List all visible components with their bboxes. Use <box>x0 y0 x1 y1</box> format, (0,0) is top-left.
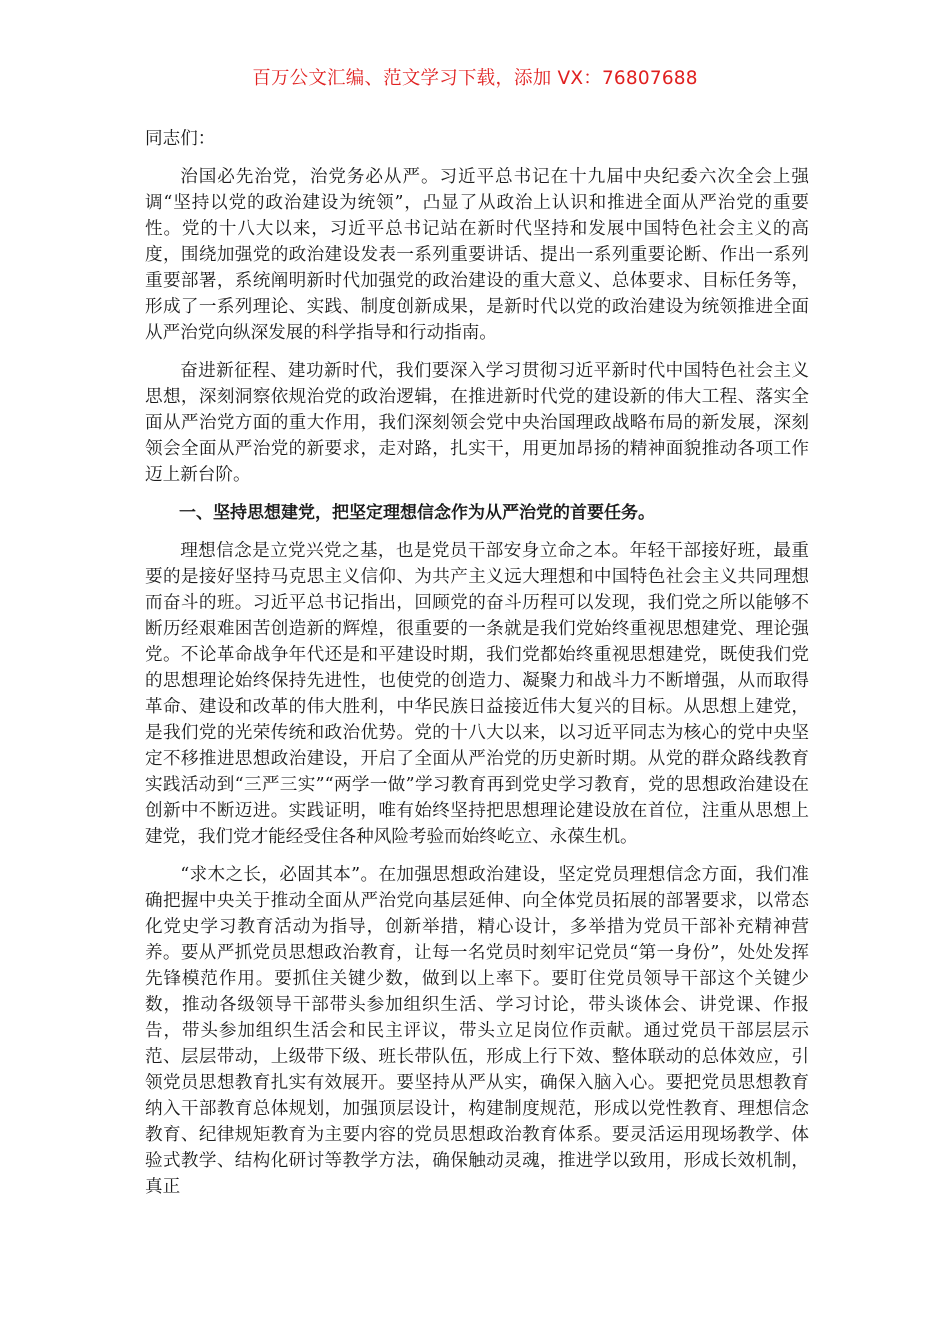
document-page: 百万公文汇编、范文学习下载，添加 VX：76807688 同志们： 治国必先治党… <box>0 0 950 1344</box>
section-heading: 一、坚持思想建党，把坚定理想信念作为从严治党的首要任务。 <box>145 500 809 526</box>
paragraph-section-1: 理想信念是立党兴党之基，也是党员干部安身立命之本。年轻干部接好班，最重要的是接好… <box>145 538 809 850</box>
paragraph-intro-2: 奋进新征程、建功新时代，我们要深入学习贯彻习近平新时代中国特色社会主义思想，深刻… <box>145 358 809 488</box>
salutation: 同志们： <box>145 126 809 152</box>
document-body: 同志们： 治国必先治党，治党务必从严。习近平总书记在十九届中央纪委六次全会上强调… <box>145 126 809 1212</box>
promo-banner: 百万公文汇编、范文学习下载，添加 VX：76807688 <box>0 64 950 90</box>
paragraph-intro-1: 治国必先治党，治党务必从严。习近平总书记在十九届中央纪委六次全会上强调“坚持以党… <box>145 164 809 346</box>
paragraph-section-2: “求木之长，必固其本”。在加强思想政治建设，坚定党员理想信念方面，我们准确把握中… <box>145 862 809 1200</box>
